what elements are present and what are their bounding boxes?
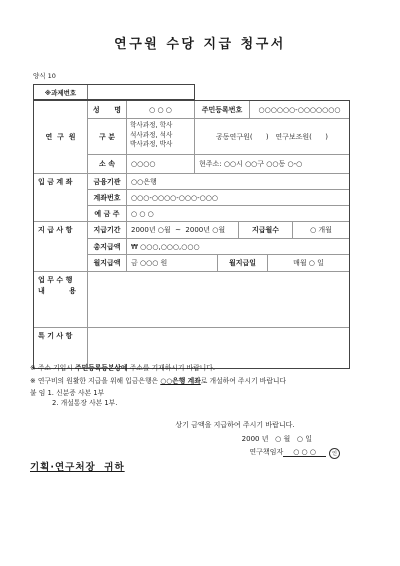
recipient-line: 기획·연구처장 귀하 bbox=[30, 459, 125, 473]
address-value: 현주소: ○○시 ○○구 ○○동 ○-○ bbox=[195, 155, 349, 173]
section-account-label: 입 금 계 좌 bbox=[34, 174, 88, 221]
work-label-line1: 업 무 수 행 bbox=[38, 275, 85, 286]
category-option-bachelor: 학사과정, 학사 bbox=[130, 121, 191, 131]
affiliation-label: 소 속 bbox=[88, 155, 127, 173]
payday-label: 월지급일 bbox=[218, 255, 268, 271]
request-sentence: 상기 금액을 지급하여 주시기 바랍니다. bbox=[70, 420, 400, 430]
form-number: 양식 10 bbox=[33, 71, 56, 80]
page-title: 연구원 수당 지급 청구서 bbox=[0, 33, 400, 52]
rrn-label: 주민등록번호 bbox=[195, 101, 250, 118]
footnote-bank-emphasis: ○○은행 계좌 bbox=[160, 377, 201, 385]
holder-value: ○ ○ ○ bbox=[127, 206, 349, 221]
affiliation-value: ○○○○ bbox=[127, 155, 195, 173]
project-number-value bbox=[88, 85, 194, 99]
attachment-line-2: 2. 개설통장 사본 1부. bbox=[52, 397, 117, 407]
bank-label: 금융기관 bbox=[88, 174, 127, 189]
account-number-label: 계좌번호 bbox=[88, 190, 127, 205]
signer-name: ○ ○ ○ bbox=[283, 448, 326, 457]
category-label: 구 분 bbox=[88, 119, 127, 154]
months-value: ○ 개월 bbox=[293, 222, 349, 238]
bank-value: ○○은행 bbox=[127, 174, 349, 189]
section-payment: 지 급 사 항 지급기간 2000년 ○월 ~ 2000년 ○월 지급월수 ○ … bbox=[34, 222, 349, 272]
period-label: 지급기간 bbox=[88, 222, 127, 238]
section-account: 입 금 계 좌 금융기관 ○○은행 계좌번호 ○○○-○○○○-○○○-○○○ … bbox=[34, 174, 349, 222]
form-table: 연 구 원 성 명 ○ ○ ○ 주민등록번호 ○○○○○○-○○○○○○○ 구 … bbox=[33, 100, 350, 369]
category-option-doctor: 박사과정, 박사 bbox=[130, 140, 191, 150]
footnote-bank: ※ 연구비의 원활한 지급을 위해 입금은행은 ○○은행 계좌로 개설하여 주시… bbox=[30, 375, 286, 385]
holder-label: 예 금 주 bbox=[88, 206, 127, 221]
monthly-value: 금 ○○○ 원 bbox=[127, 255, 218, 271]
payday-value: 매월 ○ 일 bbox=[268, 255, 349, 271]
total-value: ₩ ○○○,○○○,○○○ bbox=[127, 239, 349, 254]
footnote-address-emphasis: 주민등록등본상에 bbox=[75, 364, 128, 372]
section-payment-label: 지 급 사 항 bbox=[34, 222, 88, 271]
work-content bbox=[88, 272, 349, 327]
section-researcher: 연 구 원 성 명 ○ ○ ○ 주민등록번호 ○○○○○○-○○○○○○○ 구 … bbox=[34, 101, 349, 174]
project-number-row: ※과제번호 bbox=[33, 84, 195, 100]
name-label: 성 명 bbox=[88, 101, 127, 118]
work-label-line2: 내 용 bbox=[38, 286, 85, 297]
category-co-researcher: 공동연구원( ) 연구보조원( ) bbox=[195, 119, 349, 154]
total-label: 총지급액 bbox=[88, 239, 127, 254]
signer-label: 연구책임자 bbox=[249, 448, 283, 456]
date-line: 2000 년 ○ 월 ○ 일 bbox=[0, 434, 312, 444]
signature-line: 연구책임자○ ○ ○인 bbox=[0, 447, 340, 459]
category-option-master: 석사과정, 석사 bbox=[130, 131, 191, 141]
seal-icon: 인 bbox=[329, 448, 340, 459]
footnote-address: ※ 주소 기입시 주민등록등본상에 주소를 기재하시기 바랍니다. bbox=[30, 362, 215, 372]
rrn-value: ○○○○○○-○○○○○○○ bbox=[250, 101, 349, 118]
category-options: 학사과정, 학사 석사과정, 석사 박사과정, 박사 bbox=[127, 119, 195, 154]
monthly-label: 월지급액 bbox=[88, 255, 127, 271]
section-work-label: 업 무 수 행 내 용 bbox=[34, 272, 88, 327]
project-number-label: ※과제번호 bbox=[34, 85, 88, 99]
section-work: 업 무 수 행 내 용 bbox=[34, 272, 349, 328]
name-value: ○ ○ ○ bbox=[127, 101, 195, 118]
period-value: 2000년 ○월 ~ 2000년 ○월 bbox=[127, 222, 239, 238]
document-page: 연구원 수당 지급 청구서 양식 10 ※과제번호 연 구 원 성 명 ○ ○ … bbox=[0, 0, 400, 566]
account-number-value: ○○○-○○○○-○○○-○○○ bbox=[127, 190, 349, 205]
attachment-line-1: 붙 임 1. 신분증 사본 1부 bbox=[30, 387, 104, 397]
months-label: 지급월수 bbox=[239, 222, 293, 238]
section-researcher-label: 연 구 원 bbox=[34, 101, 88, 173]
